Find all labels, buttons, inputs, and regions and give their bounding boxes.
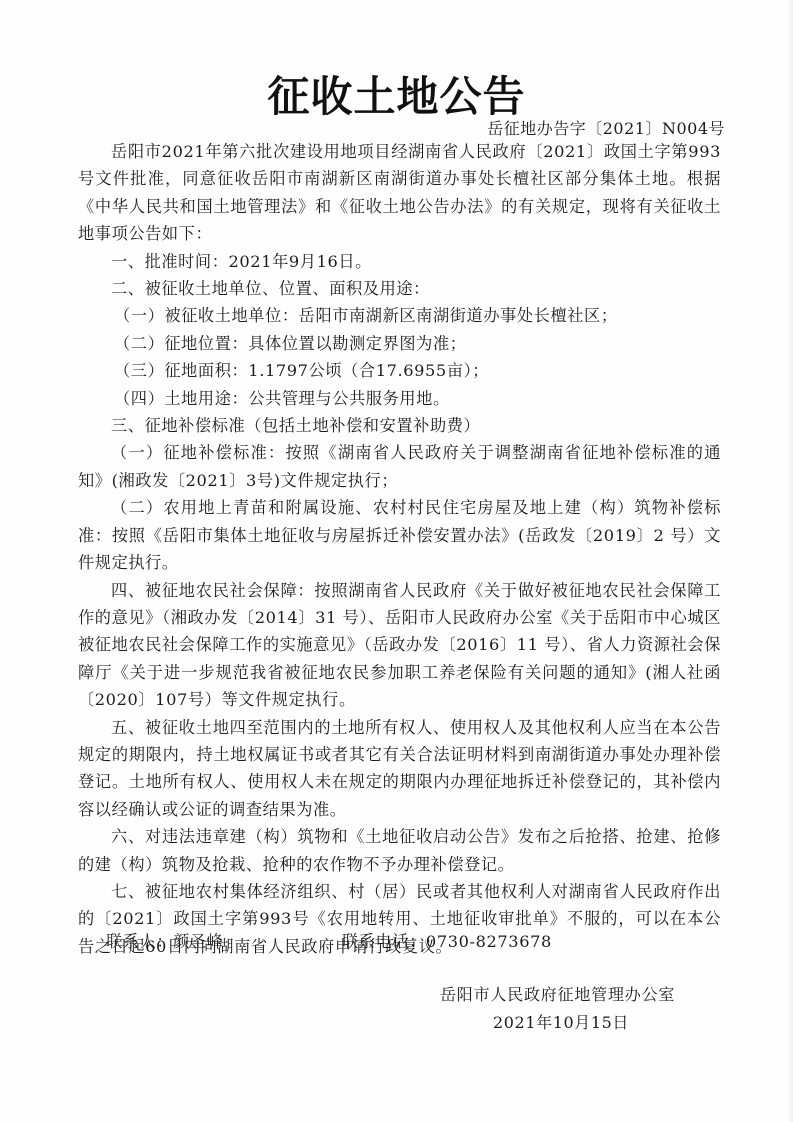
section-land-info-heading: 二、被征收土地单位、位置、面积及用途： [78,275,721,302]
section-land-area: （三）征地面积：1.1797公顷（合17.6955亩）； [78,357,721,384]
document-page: 征收土地公告 岳征地办告字〔2021〕N004号 岳阳市2021年第六批次建设用… [0,0,793,1122]
document-number: 岳征地办告字〔2021〕N004号 [487,116,725,139]
section-crops-buildings-compensation: （二）农用地上青苗和附属设施、农村村民住宅房屋及地上建（构）筑物补偿标准：按照《… [78,494,721,576]
intro-paragraph: 岳阳市2021年第六批次建设用地项目经湖南省人民政府〔2021〕政国土字第993… [78,138,721,248]
contact-phone: 联系电话：0730-8273678 [342,928,552,952]
section-approval-time: 一、批准时间：2021年9月16日。 [78,248,721,275]
section-land-unit: （一）被征收土地单位：岳阳市南湖新区南湖街道办事处长檀社区； [78,302,721,329]
issue-date: 2021年10月15日 [493,1010,629,1033]
document-body: 岳阳市2021年第六批次建设用地项目经湖南省人民政府〔2021〕政国土字第993… [78,138,721,960]
page-edge-shadow [787,0,793,1122]
section-land-use: （四）土地用途：公共管理与公共服务用地。 [78,385,721,412]
section-compensation-heading: 三、征地补偿标准（包括土地补偿和安置补助费） [78,412,721,439]
section-land-location: （二）征地位置：具体位置以勘测定界图为准； [78,330,721,357]
issuer-signature: 岳阳市人民政府征地管理办公室 [440,982,675,1005]
section-social-security: 四、被征地农民社会保障：按照湖南省人民政府《关于做好被征地农民社会保障工作的意见… [78,577,721,714]
document-title: 征收土地公告 [0,64,793,124]
contact-person: 联系人：颜圣峰 [106,928,224,952]
section-registration: 五、被征收土地四至范围内的土地所有权人、使用权人及其他权利人应当在本公告规定的期… [78,714,721,824]
section-compensation-standard: （一）征地补偿标准：按照《湖南省人民政府关于调整湖南省征地补偿标准的通知》(湘政… [78,439,721,494]
contact-line: 联系人：颜圣峰 联系电话：0730-8273678 [106,928,224,952]
section-illegal-buildings: 六、对违法违章建（构）筑物和《土地征收启动公告》发布之后抢搭、抢建、抢修的建（构… [78,823,721,878]
